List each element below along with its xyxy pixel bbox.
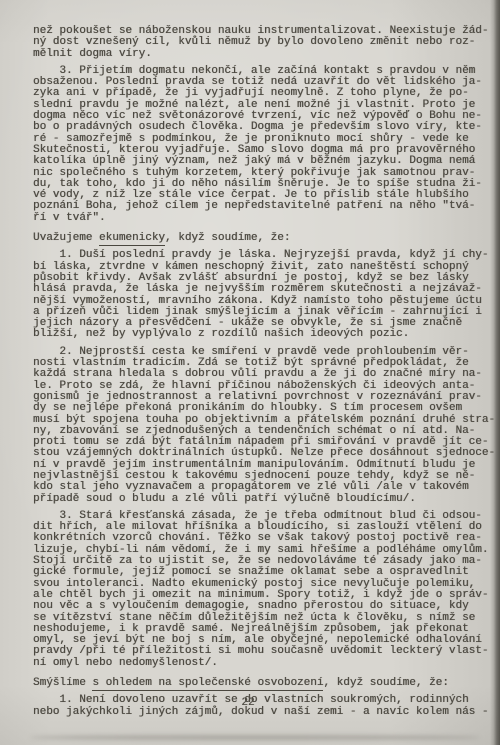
text-line: každá strana hledala s dobrou vůlí pravd… (33, 369, 492, 380)
text-line: mělnit dogma víry. (33, 49, 492, 60)
text-line: ný dost vznešený cíl, kvůli němuž by byl… (33, 37, 492, 48)
section-heading: Uvažujeme ekumenicky, když soudíme, že: (33, 233, 492, 244)
page-number: 22 (33, 698, 463, 709)
text-line: bo o pradávných osudech člověka. Dogma j… (33, 122, 492, 133)
text-line: dy se nejlépe překoná pronikáním do hlou… (33, 403, 492, 414)
text-line: 1. Duší poslední pravdy je láska. Nejryz… (33, 250, 492, 261)
text-line: ří v tvář". (33, 213, 492, 224)
scan-smudge (30, 735, 480, 740)
section-heading: Smýšlíme s ohledem na společenské osvobo… (33, 678, 492, 689)
text-line: hlásá pravda, že láska je nejvyšším rozm… (33, 284, 492, 295)
text-line: bližší, než by vyplývalo z rozdílů našic… (33, 329, 492, 340)
paragraph: 1. Duší poslední pravdy je láska. Nejryz… (33, 250, 492, 340)
paragraph: 3. Přijetím dogmatu nekončí, ale začíná … (33, 66, 492, 224)
text-segment: , když soudíme, že: (165, 232, 290, 244)
text-line: gické formule, jejíž pomocí se snažíme o… (33, 567, 492, 578)
text-line: Smýšlíme s ohledem na společenské osvobo… (33, 678, 492, 689)
text-line: katolíka úplně jiný význam, než jaký má … (33, 156, 492, 167)
text-line: ní omyl nebo nedomyšlenost/. (33, 658, 492, 669)
scanned-page: než pokoušet se náboženskou nauku instru… (0, 0, 500, 745)
underlined-phrase: s ohledem na společenské osvobození (92, 677, 323, 691)
underlined-phrase: ekumenicky (99, 232, 165, 246)
text-line: Uvažujeme ekumenicky, když soudíme, že: (33, 233, 492, 244)
text-segment: , když soudíme, že: (323, 677, 448, 689)
paragraph: 3. Stará křesťanská zásada, že je třeba … (33, 511, 492, 669)
paragraph: než pokoušet se náboženskou nauku instru… (33, 26, 492, 60)
paragraph: 2. Nejprostší cesta ke smíření v pravdě … (33, 347, 492, 505)
text-line: stou vzájemných doktrinálních ústupků. N… (33, 448, 492, 459)
text-segment: Smýšlíme (33, 677, 92, 689)
text-line: kdo stal jeho vyznavačem a propagátorem … (33, 482, 492, 493)
document-body: než pokoušet se náboženskou nauku instru… (33, 26, 492, 718)
text-line: nou věc a s vyloučením demagogie, snadno… (33, 601, 492, 612)
text-segment: Uvažujeme (33, 232, 99, 244)
text-line: případě soud o bludu a zlé vůli patří vý… (33, 494, 492, 505)
